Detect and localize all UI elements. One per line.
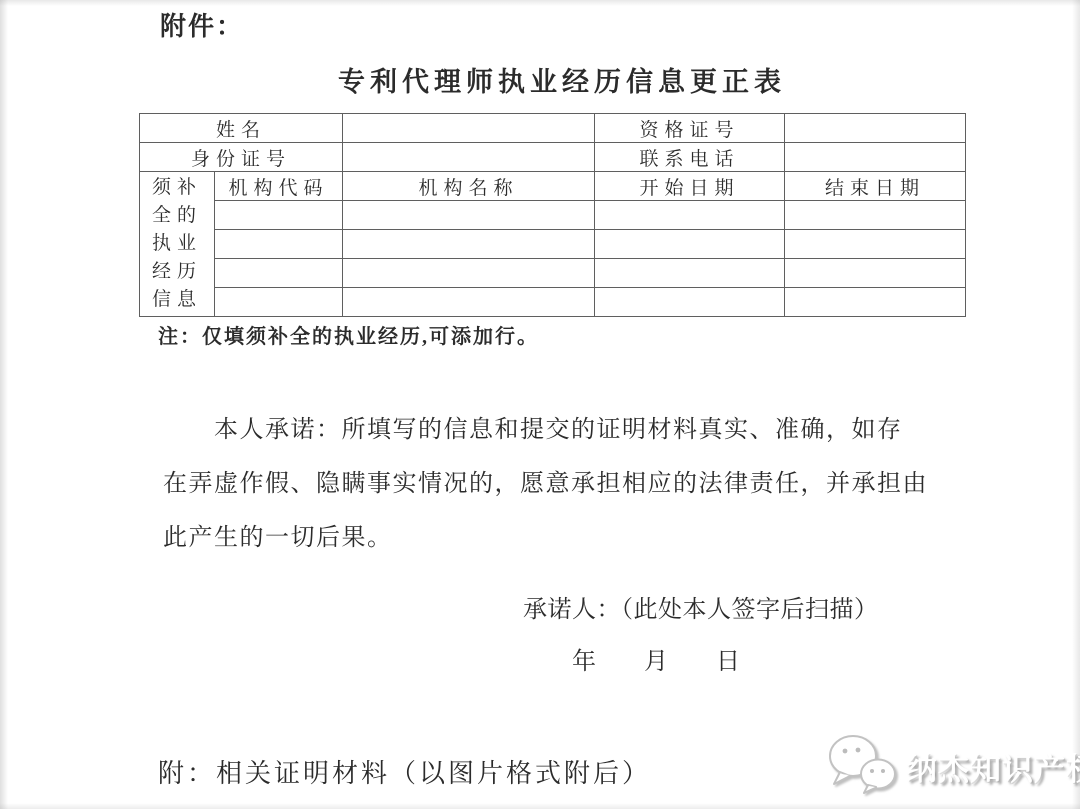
qualification-label-cell: 资格证号	[595, 114, 785, 143]
start-date-cell	[595, 288, 785, 317]
watermark: 纳杰知识产权	[826, 731, 1080, 802]
org-name-cell	[343, 230, 595, 259]
name-value-cell	[343, 114, 595, 143]
phone-value-cell	[785, 143, 966, 172]
start-date-cell	[595, 230, 785, 259]
page-edge-shade-left	[0, 0, 8, 809]
end-date-cell	[785, 230, 966, 259]
experience-side-label-cell: 须补 全的 执业 经历 信息	[140, 172, 215, 317]
table-note: 注：仅填须补全的执业经历,可添加行。	[158, 320, 539, 349]
promisor-line: 承诺人：（此处本人签字后扫描）	[523, 589, 879, 624]
org-code-cell	[215, 201, 343, 230]
form-table: 姓名 资格证号 身份证号 联系电话 须补 全的 执业 经历 信息 机构代码 机构…	[139, 113, 966, 317]
name-label-cell: 姓名	[140, 114, 343, 143]
start-date-cell	[595, 259, 785, 288]
wechat-icon	[826, 731, 900, 802]
attachment-label: 附件：	[160, 6, 244, 43]
org-code-cell	[215, 259, 343, 288]
empty-experience-row	[140, 230, 966, 259]
phone-label-cell: 联系电话	[595, 143, 785, 172]
qualification-value-cell	[785, 114, 966, 143]
bottom-attachment-line: 附：相关证明材料（以图片格式附后）	[158, 753, 651, 790]
page-edge-shade-right	[1072, 0, 1080, 809]
org-code-cell	[215, 288, 343, 317]
document-page: 附件： 专利代理师执业经历信息更正表 姓名 资格证号 身份证号 联系电话	[0, 0, 1080, 809]
table-row-experience-header: 须补 全的 执业 经历 信息 机构代码 机构名称 开始日期 结束日期	[140, 172, 966, 201]
id-value-cell	[343, 143, 595, 172]
watermark-text: 纳杰知识产权	[906, 744, 1080, 789]
document-title: 专利代理师执业经历信息更正表	[139, 60, 985, 99]
org-code-header-cell: 机构代码	[215, 172, 343, 201]
id-label-cell: 身份证号	[140, 143, 343, 172]
org-name-cell	[343, 201, 595, 230]
org-name-header-cell: 机构名称	[343, 172, 595, 201]
start-date-header-cell: 开始日期	[595, 172, 785, 201]
empty-experience-row	[140, 259, 966, 288]
end-date-cell	[785, 288, 966, 317]
pledge-paragraph: 本人承诺：所填写的信息和提交的证明材料真实、准确，如存 在弄虚作假、隐瞒事实情况…	[163, 403, 963, 565]
table-row-name: 姓名 资格证号	[140, 114, 966, 143]
org-name-cell	[343, 288, 595, 317]
start-date-cell	[595, 201, 785, 230]
org-code-cell	[215, 230, 343, 259]
table-row-id: 身份证号 联系电话	[140, 143, 966, 172]
page-edge-shade-bottom	[0, 803, 1080, 809]
date-line: 年 月 日	[572, 641, 740, 676]
end-date-cell	[785, 201, 966, 230]
empty-experience-row	[140, 288, 966, 317]
org-name-cell	[343, 259, 595, 288]
end-date-cell	[785, 259, 966, 288]
empty-experience-row	[140, 201, 966, 230]
end-date-header-cell: 结束日期	[785, 172, 966, 201]
